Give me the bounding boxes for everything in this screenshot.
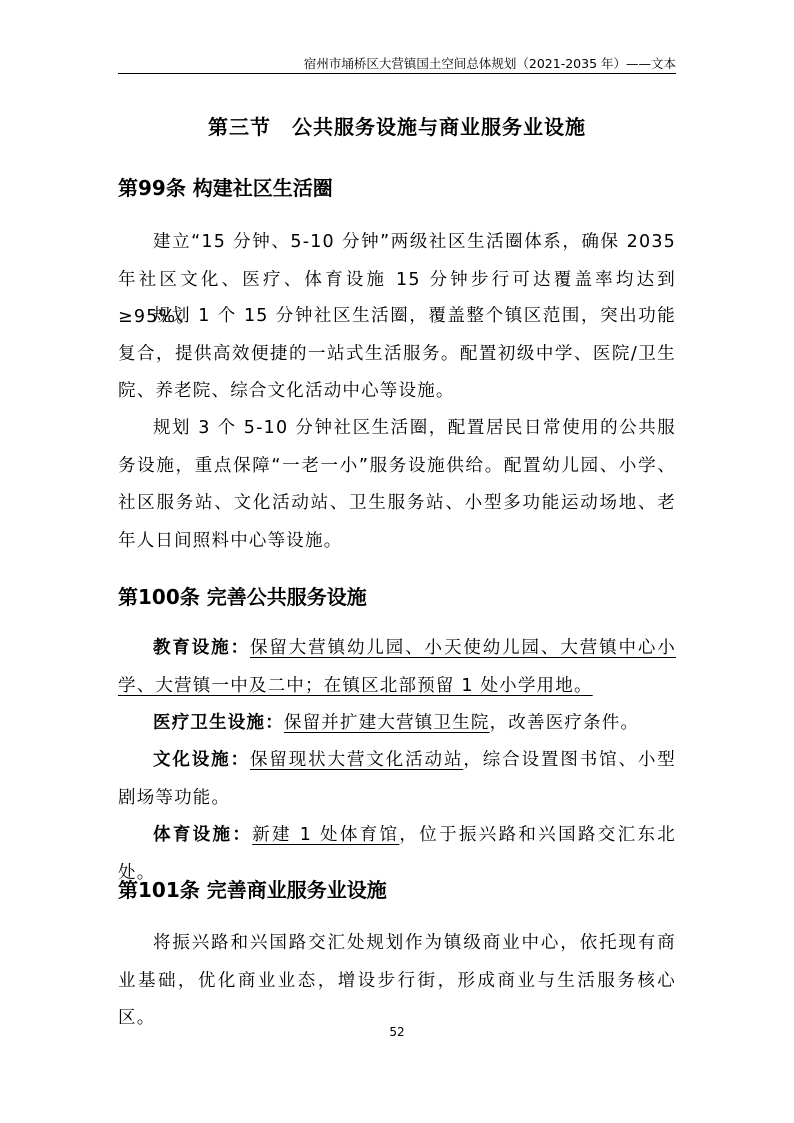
item-label: 教育设施： [153,638,250,658]
underlined-text: 保留现状大营文化活动站 [250,750,463,770]
item-label: 文化设施： [153,750,250,770]
section-title: 第三节 公共服务设施与商业服务业设施 [0,111,794,140]
paragraph: 规划 3 个 5-10 分钟社区生活圈，配置居民日常使用的公共服务设施，重点保障… [118,410,676,560]
page-header: 宿州市埇桥区大营镇国土空间总体规划（2021-2035 年）——文本 [118,56,676,74]
education-facilities: 教育设施：保留大营镇幼儿园、小天使幼儿园、大营镇中心小学、大营镇一中及二中；在镇… [118,630,676,705]
item-label: 医疗卫生设施： [153,713,284,733]
item-label: 体育设施： [153,825,252,845]
paragraph: 规划 1 个 15 分钟社区生活圈，覆盖整个镇区范围，突出功能复合，提供高效便捷… [118,298,676,411]
underlined-text: 新建 1 处体育馆 [252,825,399,845]
underlined-text: 保留并扩建大营镇卫生院 [284,713,490,733]
article-100-title: 第100条 完善公共服务设施 [118,581,367,610]
page-number: 52 [0,1025,794,1039]
article-101-title: 第101条 完善商业服务业设施 [118,874,387,903]
paragraph: 将振兴路和兴国路交汇处规划作为镇级商业中心，依托现有商业基础，优化商业业态，增设… [118,925,676,1038]
document-title: 宿州市埇桥区大营镇国土空间总体规划（2021-2035 年）——文本 [304,56,676,71]
medical-facilities: 医疗卫生设施：保留并扩建大营镇卫生院，改善医疗条件。 [118,705,676,743]
article-99-title: 第99条 构建社区生活圈 [118,172,333,201]
cultural-facilities: 文化设施：保留现状大营文化活动站，综合设置图书馆、小型剧场等功能。 [118,742,676,817]
